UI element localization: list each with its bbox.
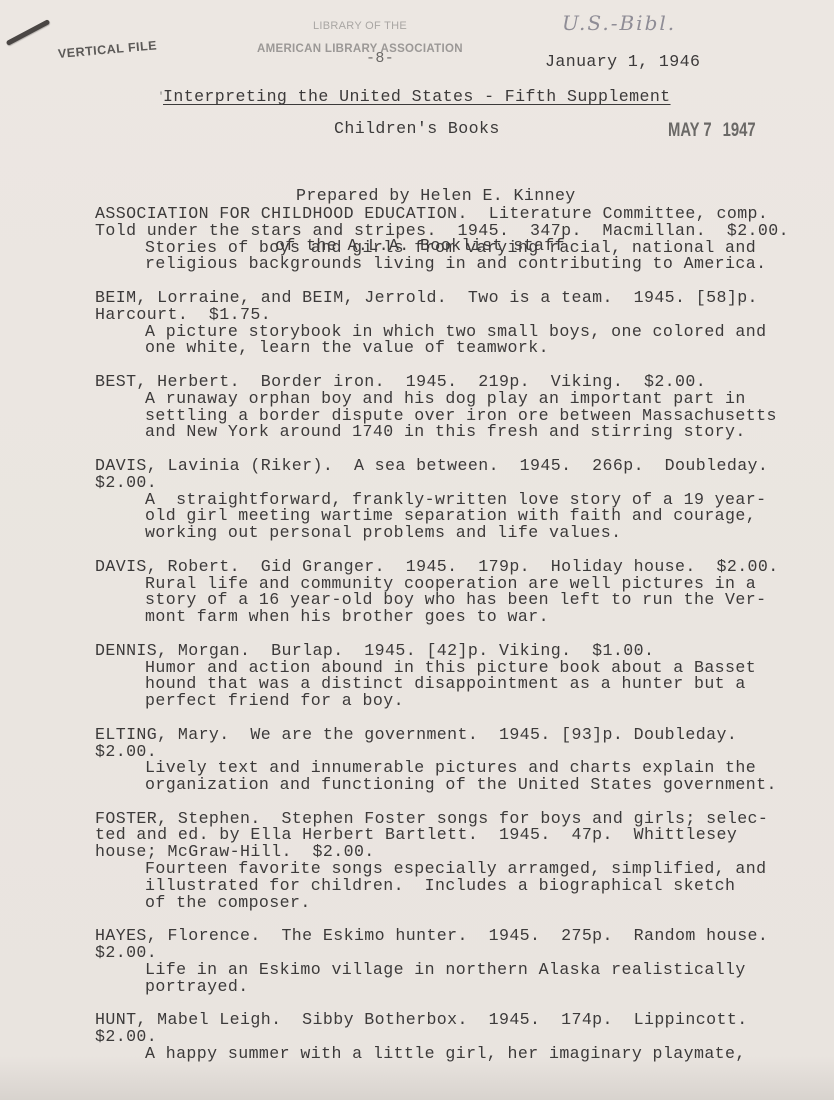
page-number: -8- [366,51,394,68]
entry-annotation-line: mont farm when his brother goes to war. [95,609,795,626]
bibliography-entry: BEIM, Lorraine, and BEIM, Jerrold. Two i… [95,290,795,357]
entry-citation-line: ELTING, Mary. We are the government. 194… [95,727,795,744]
bibliography-entry: ELTING, Mary. We are the government. 194… [95,727,795,794]
entry-annotation-line: organization and functioning of the Unit… [95,777,795,794]
received-year: 1947 [723,120,756,141]
prepared-by-line1: Prepared by Helen E. Kinney [296,188,576,205]
entry-annotation-line: portrayed. [95,979,795,996]
entry-annotation-line: and New York around 1740 in this fresh a… [95,424,795,441]
entry-citation-line: HAYES, Florence. The Eskimo hunter. 1945… [95,928,795,945]
entry-citation-line: DENNIS, Morgan. Burlap. 1945. [42]p. Vik… [95,643,795,660]
bibliography-entry: DAVIS, Lavinia (Riker). A sea between. 1… [95,458,795,542]
bibliography-entry: DENNIS, Morgan. Burlap. 1945. [42]p. Vik… [95,643,795,710]
entry-annotation-line: working out personal problems and life v… [95,525,795,542]
document-date: January 1, 1946 [545,54,700,71]
library-stamp-line1: LIBRARY OF THE [313,20,407,32]
bibliography-entry: HAYES, Florence. The Eskimo hunter. 1945… [95,928,795,995]
entry-annotation-line: perfect friend for a boy. [95,693,795,710]
bibliography-entry: BEST, Herbert. Border iron. 1945. 219p. … [95,374,795,441]
bibliography-entry: HUNT, Mabel Leigh. Sibby Botherbox. 1945… [95,1012,795,1062]
bibliography-list: ASSOCIATION FOR CHILDHOOD EDUCATION. Lit… [95,206,795,1079]
entry-annotation-line: A happy summer with a little girl, her i… [95,1046,795,1063]
bibliography-entry: ASSOCIATION FOR CHILDHOOD EDUCATION. Lit… [95,206,795,273]
received-month-day: MAY 7 [668,120,712,141]
handwritten-note: U.S.-Bibl. [562,11,676,35]
library-stamp-line2: AMERICAN LIBRARY ASSOCIATION [257,43,463,55]
entry-annotation-line: of the composer. [95,895,795,912]
document-subtitle: Children's Books [334,121,500,138]
bibliography-entry: FOSTER, Stephen. Stephen Foster songs fo… [95,811,795,912]
bibliography-entry: DAVIS, Robert. Gid Granger. 1945. 179p. … [95,559,795,626]
received-date-stamp: MAY 71947 [668,120,766,142]
document-title: Interpreting the United States - Fifth S… [163,89,671,106]
entry-citation-line: DAVIS, Robert. Gid Granger. 1945. 179p. … [95,559,795,576]
entry-citation-line: DAVIS, Lavinia (Riker). A sea between. 1… [95,458,795,475]
entry-annotation-line: religious backgrounds living in and cont… [95,256,795,273]
entry-annotation-line: one white, learn the value of teamwork. [95,340,795,357]
entry-citation-line: HUNT, Mabel Leigh. Sibby Botherbox. 1945… [95,1012,795,1029]
